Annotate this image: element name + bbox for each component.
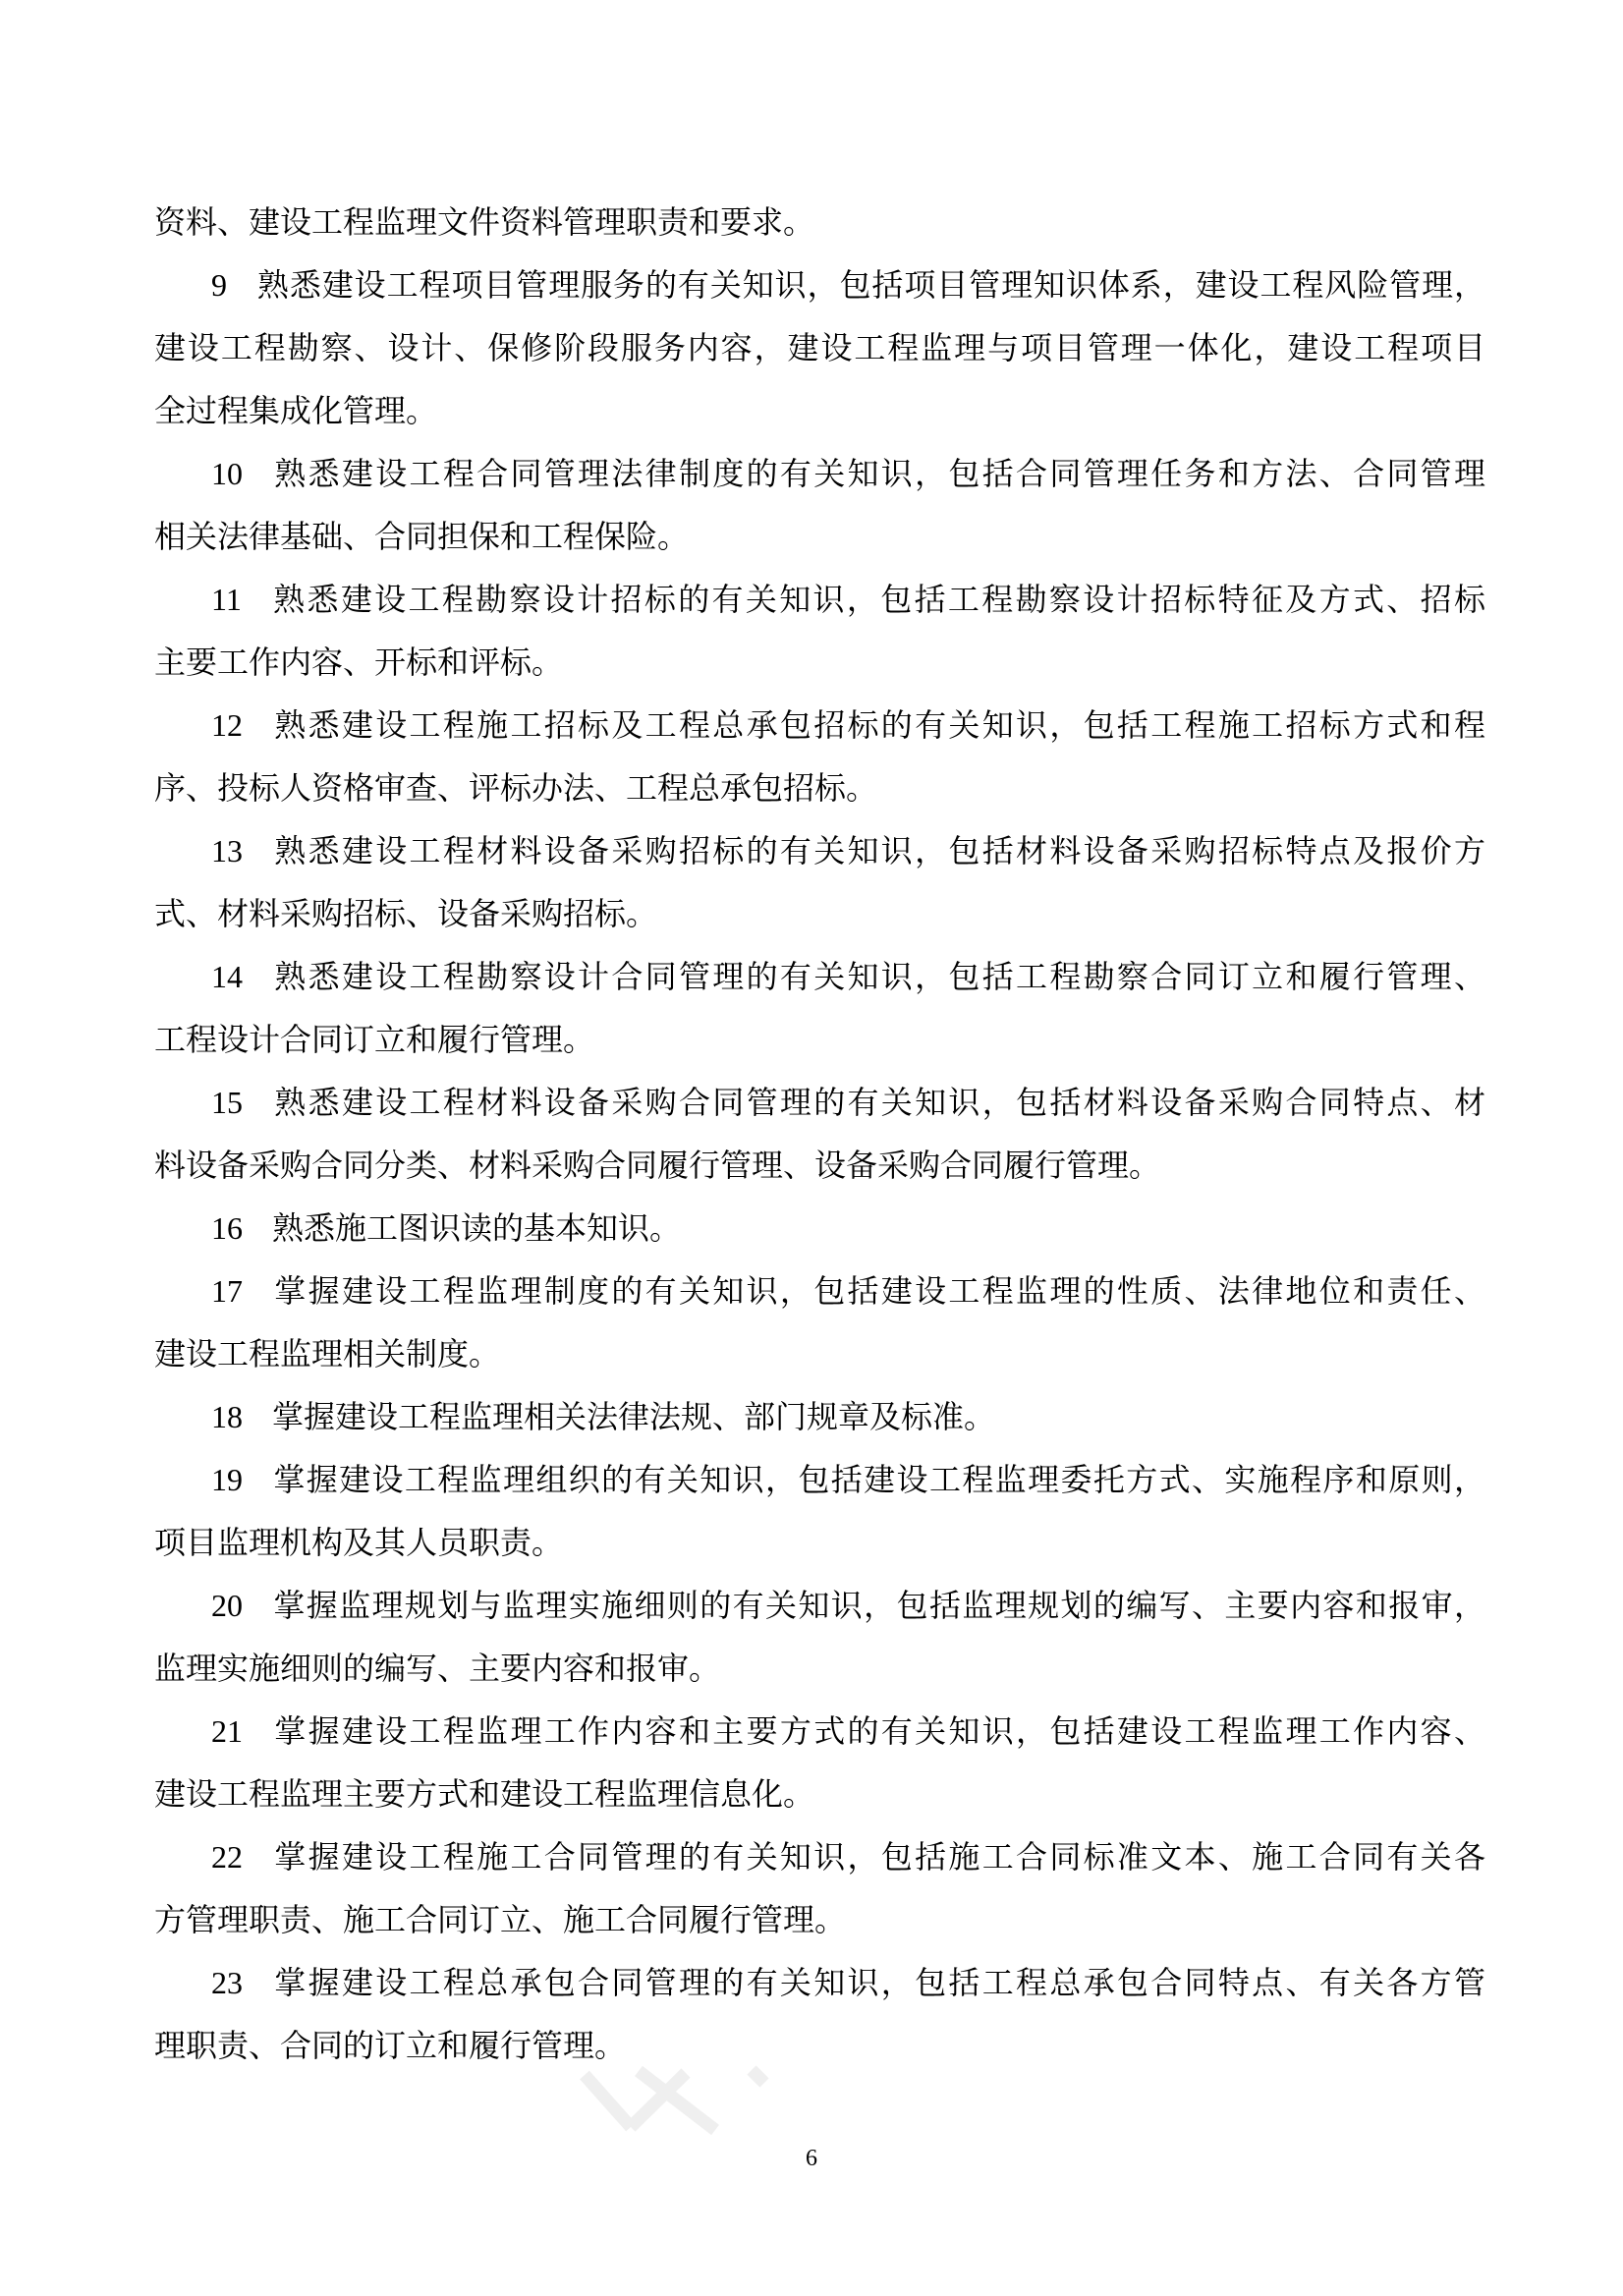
line-text: 掌握建设工程监理组织的有关知识，包括建设工程监理委托方式、实施程序和原则， [272, 1462, 1485, 1497]
line-text: 建设工程监理主要方式和建设工程监理信息化。 [154, 1776, 814, 1812]
text-line: 9熟悉建设工程项目管理服务的有关知识，包括项目管理知识体系，建设工程风险管理， [154, 253, 1485, 316]
item-number: 12 [211, 707, 272, 743]
watermark [550, 2053, 786, 2147]
text-line: 11熟悉建设工程勘察设计招标的有关知识，包括工程勘察设计招标特征及方式、招标 [154, 568, 1485, 631]
item-number: 14 [211, 959, 272, 994]
watermark-stroke [752, 2070, 764, 2083]
text-line: 14熟悉建设工程勘察设计合同管理的有关知识，包括工程勘察合同订立和履行管理、 [154, 945, 1485, 1008]
text-line: 23掌握建设工程总承包合同管理的有关知识，包括工程总承包合同特点、有关各方管 [154, 1951, 1485, 2014]
item-number: 23 [211, 1965, 272, 2000]
item-number: 9 [211, 267, 256, 303]
item-number: 13 [211, 833, 272, 868]
line-text: 建设工程勘察、设计、保修阶段服务内容，建设工程监理与项目管理一体化，建设工程项目 [154, 330, 1485, 365]
line-text: 资料、建设工程监理文件资料管理职责和要求。 [154, 204, 814, 240]
text-line: 建设工程勘察、设计、保修阶段服务内容，建设工程监理与项目管理一体化，建设工程项目 [154, 316, 1485, 379]
line-text: 熟悉建设工程材料设备采购合同管理的有关知识，包括材料设备采购合同特点、材 [272, 1085, 1485, 1120]
line-text: 熟悉建设工程项目管理服务的有关知识，包括项目管理知识体系，建设工程风险管理， [256, 267, 1485, 303]
text-line: 方管理职责、施工合同订立、施工合同履行管理。 [154, 1888, 1485, 1951]
text-line: 10熟悉建设工程合同管理法律制度的有关知识，包括合同管理任务和方法、合同管理 [154, 442, 1485, 505]
line-text: 工程设计合同订立和履行管理。 [154, 1022, 594, 1057]
line-text: 相关法律基础、合同担保和工程保险。 [154, 519, 689, 554]
item-number: 20 [211, 1588, 272, 1623]
line-text: 熟悉建设工程材料设备采购招标的有关知识，包括材料设备采购招标特点及报价方 [272, 833, 1485, 868]
line-text: 方管理职责、施工合同订立、施工合同履行管理。 [154, 1902, 846, 1937]
text-line: 序、投标人资格审查、评标办法、工程总承包招标。 [154, 756, 1485, 819]
text-line: 资料、建设工程监理文件资料管理职责和要求。 [154, 191, 1485, 253]
item-number: 17 [211, 1273, 272, 1309]
line-text: 料设备采购合同分类、材料采购合同履行管理、设备采购合同履行管理。 [154, 1148, 1160, 1183]
item-number: 11 [211, 582, 271, 617]
text-line: 19掌握建设工程监理组织的有关知识，包括建设工程监理委托方式、实施程序和原则， [154, 1448, 1485, 1511]
text-line: 理职责、合同的订立和履行管理。 [154, 2014, 1485, 2077]
text-line: 工程设计合同订立和履行管理。 [154, 1008, 1485, 1071]
text-line: 22掌握建设工程施工合同管理的有关知识，包括施工合同标准文本、施工合同有关各 [154, 1825, 1485, 1888]
line-text: 熟悉建设工程施工招标及工程总承包招标的有关知识，包括工程施工招标方式和程 [272, 707, 1485, 743]
item-number: 22 [211, 1839, 272, 1875]
line-text: 全过程集成化管理。 [154, 393, 437, 428]
item-number: 16 [211, 1210, 272, 1246]
line-text: 熟悉施工图识读的基本知识。 [272, 1210, 681, 1246]
text-line: 式、材料采购招标、设备采购招标。 [154, 882, 1485, 945]
line-text: 式、材料采购招标、设备采购招标。 [154, 896, 657, 931]
item-number: 15 [211, 1085, 272, 1120]
item-number: 18 [211, 1399, 272, 1434]
line-text: 熟悉建设工程合同管理法律制度的有关知识，包括合同管理任务和方法、合同管理 [272, 456, 1485, 491]
line-text: 掌握建设工程监理制度的有关知识，包括建设工程监理的性质、法律地位和责任、 [272, 1273, 1485, 1309]
line-text: 序、投标人资格审查、评标办法、工程总承包招标。 [154, 770, 877, 806]
text-line: 18掌握建设工程监理相关法律法规、部门规章及标准。 [154, 1385, 1485, 1448]
line-text: 掌握建设工程施工合同管理的有关知识，包括施工合同标准文本、施工合同有关各 [272, 1839, 1485, 1875]
text-line: 12熟悉建设工程施工招标及工程总承包招标的有关知识，包括工程施工招标方式和程 [154, 694, 1485, 756]
document-page: 资料、建设工程监理文件资料管理职责和要求。9熟悉建设工程项目管理服务的有关知识，… [0, 0, 1623, 2296]
line-text: 项目监理机构及其人员职责。 [154, 1525, 563, 1560]
line-text: 掌握监理规划与监理实施细则的有关知识，包括监理规划的编写、主要内容和报审， [272, 1588, 1485, 1623]
item-number: 21 [211, 1713, 272, 1749]
page-number: 6 [0, 2146, 1623, 2172]
text-line: 监理实施细则的编写、主要内容和报审。 [154, 1637, 1485, 1700]
watermark-stroke [585, 2075, 631, 2127]
text-line: 16熟悉施工图识读的基本知识。 [154, 1197, 1485, 1260]
line-text: 熟悉建设工程勘察设计合同管理的有关知识，包括工程勘察合同订立和履行管理、 [272, 959, 1485, 994]
text-line: 21掌握建设工程监理工作内容和主要方式的有关知识，包括建设工程监理工作内容、 [154, 1700, 1485, 1763]
text-line: 17掌握建设工程监理制度的有关知识，包括建设工程监理的性质、法律地位和责任、 [154, 1260, 1485, 1322]
line-text: 熟悉建设工程勘察设计招标的有关知识，包括工程勘察设计招标特征及方式、招标 [271, 582, 1485, 617]
text-line: 13熟悉建设工程材料设备采购招标的有关知识，包括材料设备采购招标特点及报价方 [154, 819, 1485, 882]
text-line: 15熟悉建设工程材料设备采购合同管理的有关知识，包括材料设备采购合同特点、材 [154, 1071, 1485, 1134]
text-line: 项目监理机构及其人员职责。 [154, 1511, 1485, 1574]
document-body: 资料、建设工程监理文件资料管理职责和要求。9熟悉建设工程项目管理服务的有关知识，… [154, 191, 1485, 2077]
text-line: 主要工作内容、开标和评标。 [154, 631, 1485, 694]
text-line: 建设工程监理主要方式和建设工程监理信息化。 [154, 1763, 1485, 1825]
line-text: 主要工作内容、开标和评标。 [154, 644, 563, 680]
text-line: 建设工程监理相关制度。 [154, 1322, 1485, 1385]
text-line: 全过程集成化管理。 [154, 379, 1485, 442]
line-text: 掌握建设工程总承包合同管理的有关知识，包括工程总承包合同特点、有关各方管 [272, 1965, 1485, 2000]
text-line: 相关法律基础、合同担保和工程保险。 [154, 505, 1485, 568]
item-number: 19 [211, 1462, 272, 1497]
line-text: 监理实施细则的编写、主要内容和报审。 [154, 1651, 720, 1686]
line-text: 掌握建设工程监理工作内容和主要方式的有关知识，包括建设工程监理工作内容、 [272, 1713, 1485, 1749]
text-line: 20掌握监理规划与监理实施细则的有关知识，包括监理规划的编写、主要内容和报审， [154, 1574, 1485, 1637]
text-line: 料设备采购合同分类、材料采购合同履行管理、设备采购合同履行管理。 [154, 1134, 1485, 1197]
item-number: 10 [211, 456, 272, 491]
line-text: 建设工程监理相关制度。 [154, 1336, 500, 1372]
line-text: 掌握建设工程监理相关法律法规、部门规章及标准。 [272, 1399, 995, 1434]
